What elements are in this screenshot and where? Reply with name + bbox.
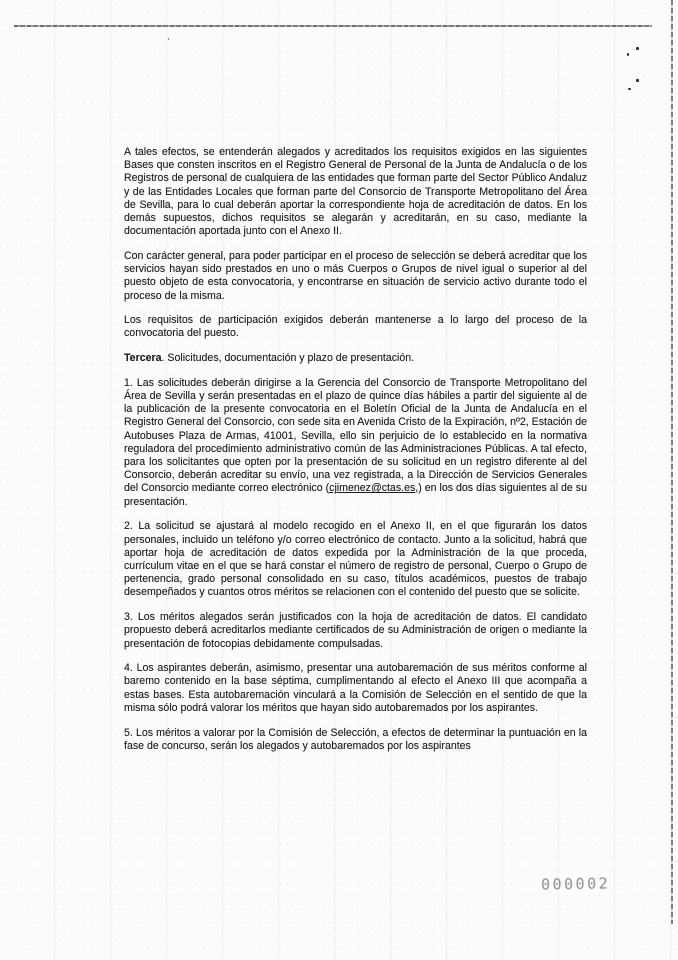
paragraph-caracter-general: Con carácter general, para poder partici… xyxy=(124,250,587,303)
heading-term: Tercera xyxy=(124,352,162,364)
scan-speck xyxy=(627,53,629,56)
heading-base-tercera: Tercera. Solicitudes, documentación y pl… xyxy=(124,352,587,365)
scan-speck xyxy=(628,88,631,90)
paragraph-mantenimiento-requisitos: Los requisitos de participación exigidos… xyxy=(124,314,587,340)
document-body: A tales efectos, se entenderán alegados … xyxy=(124,146,587,753)
item-5-meritos-valorar: 5. Los méritos a valorar por la Comisión… xyxy=(124,727,587,753)
item-1-text-before-email: 1. Las solicitudes deberán dirigirse a l… xyxy=(124,377,587,495)
page-number-stamp: 000002 xyxy=(541,876,610,892)
email-address: cjimenez@ctas.es xyxy=(329,482,415,494)
scan-artifact-line-right xyxy=(671,0,673,924)
item-3-justificacion-meritos: 3. Los méritos alegados serán justificad… xyxy=(124,611,587,651)
scan-speck xyxy=(636,47,639,50)
scan-speck xyxy=(636,79,639,82)
scan-speck xyxy=(168,38,169,40)
item-2-modelo-solicitud: 2. La solicitud se ajustará al modelo re… xyxy=(124,520,587,599)
item-1-solicitudes: 1. Las solicitudes deberán dirigirse a l… xyxy=(124,377,587,509)
scan-artifact-line-top xyxy=(14,25,652,27)
scanned-document-page: A tales efectos, se entenderán alegados … xyxy=(0,0,678,960)
heading-text: . Solicitudes, documentación y plazo de … xyxy=(162,352,415,364)
item-4-autobaremacion: 4. Los aspirantes deberán, asimismo, pre… xyxy=(124,662,587,715)
paragraph-acreditacion-requisitos: A tales efectos, se entenderán alegados … xyxy=(124,146,587,238)
